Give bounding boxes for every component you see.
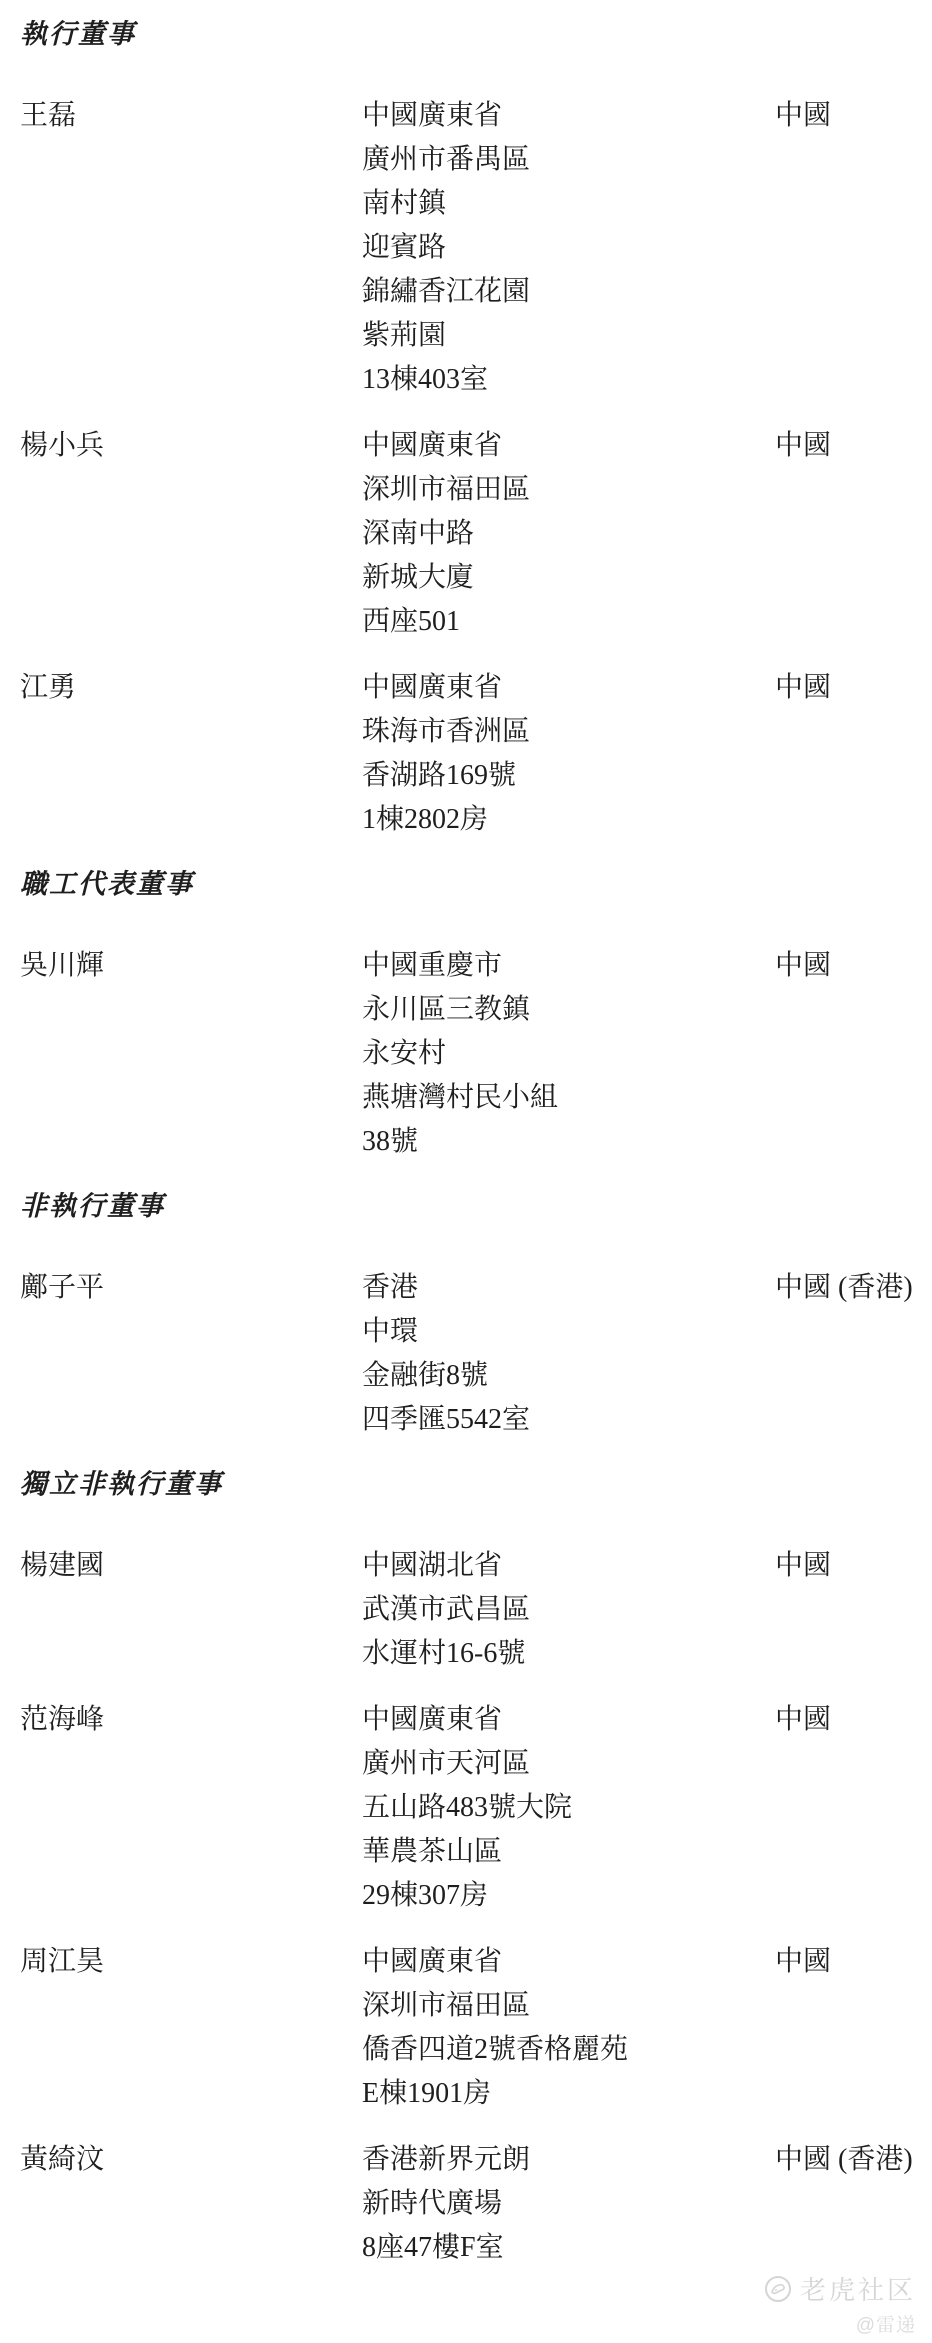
director-name: 吳川輝 [20, 944, 362, 988]
address-line: 珠海市香洲區 [362, 710, 775, 754]
director-address: 中國重慶市 永川區三教鎮 永安村 燕塘灣村民小組 38號 [362, 944, 775, 1164]
address-line: 廣州市番禺區 [362, 138, 775, 182]
section-executive-directors: 執行董事 王磊 中國廣東省 廣州市番禺區 南村鎮 迎賓路 錦繡香江花園 紫荊園 … [20, 14, 932, 842]
watermark-brand: 老虎社区 [800, 2270, 916, 2307]
address-line: 燕塘灣村民小組 [362, 1076, 775, 1120]
director-nationality: 中國 [775, 1544, 932, 1588]
director-address: 中國廣東省 廣州市番禺區 南村鎮 迎賓路 錦繡香江花園 紫荊園 13棟403室 [362, 94, 775, 402]
address-line: 永川區三教鎮 [362, 988, 775, 1032]
address-line: 香湖路169號 [362, 754, 775, 798]
director-name: 范海峰 [20, 1698, 362, 1742]
director-name: 楊建國 [20, 1544, 362, 1588]
address-line: 中國廣東省 [362, 1698, 775, 1742]
address-line: 中國湖北省 [362, 1544, 775, 1588]
tiger-logo-icon [764, 2275, 792, 2303]
director-name: 周江昊 [20, 1940, 362, 1984]
director-row: 黃綺汶 香港新界元朗 新時代廣場 8座47樓F室 中國 (香港) [20, 2138, 932, 2270]
address-line: 深圳市福田區 [362, 468, 775, 512]
address-line: 五山路483號大院 [362, 1786, 775, 1830]
director-row: 王磊 中國廣東省 廣州市番禺區 南村鎮 迎賓路 錦繡香江花園 紫荊園 13棟40… [20, 94, 932, 402]
director-name: 黃綺汶 [20, 2138, 362, 2182]
director-row: 楊小兵 中國廣東省 深圳市福田區 深南中路 新城大廈 西座501 中國 [20, 424, 932, 644]
director-address: 中國廣東省 深圳市福田區 深南中路 新城大廈 西座501 [362, 424, 775, 644]
section-employee-representative-director: 職工代表董事 吳川輝 中國重慶市 永川區三教鎮 永安村 燕塘灣村民小組 38號 … [20, 864, 932, 1164]
address-line: 中環 [362, 1310, 775, 1354]
address-line: 深南中路 [362, 512, 775, 556]
director-nationality: 中國 (香港) [775, 1266, 932, 1310]
directors-document: 執行董事 王磊 中國廣東省 廣州市番禺區 南村鎮 迎賓路 錦繡香江花園 紫荊園 … [0, 0, 932, 2270]
address-line: 廣州市天河區 [362, 1742, 775, 1786]
director-name: 王磊 [20, 94, 362, 138]
address-line: 水運村16-6號 [362, 1632, 775, 1676]
director-row: 鄺子平 香港 中環 金融街8號 四季匯5542室 中國 (香港) [20, 1266, 932, 1442]
director-nationality: 中國 [775, 424, 932, 468]
director-name: 鄺子平 [20, 1266, 362, 1310]
address-line: 紫荊園 [362, 314, 775, 358]
director-row: 楊建國 中國湖北省 武漢市武昌區 水運村16-6號 中國 [20, 1544, 932, 1676]
director-nationality: 中國 (香港) [775, 2138, 932, 2182]
section-non-executive-directors: 非執行董事 鄺子平 香港 中環 金融街8號 四季匯5542室 中國 (香港) [20, 1186, 932, 1442]
section-heading: 非執行董事 [20, 1186, 932, 1226]
director-nationality: 中國 [775, 94, 932, 138]
director-address: 中國廣東省 廣州市天河區 五山路483號大院 華農茶山區 29棟307房 [362, 1698, 775, 1918]
director-name: 江勇 [20, 666, 362, 710]
address-line: 迎賓路 [362, 226, 775, 270]
director-row: 周江昊 中國廣東省 深圳市福田區 僑香四道2號香格麗苑 E棟1901房 中國 [20, 1940, 932, 2116]
watermark: 老虎社区 @雷递 [764, 2270, 916, 2337]
director-row: 范海峰 中國廣東省 廣州市天河區 五山路483號大院 華農茶山區 29棟307房… [20, 1698, 932, 1918]
director-address: 香港新界元朗 新時代廣場 8座47樓F室 [362, 2138, 775, 2270]
address-line: 香港 [362, 1266, 775, 1310]
director-nationality: 中國 [775, 944, 932, 988]
address-line: 金融街8號 [362, 1354, 775, 1398]
address-line: 38號 [362, 1120, 775, 1164]
address-line: 29棟307房 [362, 1874, 775, 1918]
director-nationality: 中國 [775, 1698, 932, 1742]
address-line: 新城大廈 [362, 556, 775, 600]
address-line: 錦繡香江花園 [362, 270, 775, 314]
director-name: 楊小兵 [20, 424, 362, 468]
director-nationality: 中國 [775, 666, 932, 710]
address-line: 中國重慶市 [362, 944, 775, 988]
director-address: 香港 中環 金融街8號 四季匯5542室 [362, 1266, 775, 1442]
address-line: 8座47樓F室 [362, 2226, 775, 2270]
section-independent-non-executive-directors: 獨立非執行董事 楊建國 中國湖北省 武漢市武昌區 水運村16-6號 中國 范海峰… [20, 1464, 932, 2270]
address-line: 中國廣東省 [362, 94, 775, 138]
address-line: 新時代廣場 [362, 2182, 775, 2226]
section-heading: 職工代表董事 [20, 864, 932, 904]
director-address: 中國廣東省 珠海市香洲區 香湖路169號 1棟2802房 [362, 666, 775, 842]
address-line: 南村鎮 [362, 182, 775, 226]
address-line: 13棟403室 [362, 358, 775, 402]
address-line: 武漢市武昌區 [362, 1588, 775, 1632]
director-address: 中國湖北省 武漢市武昌區 水運村16-6號 [362, 1544, 775, 1676]
address-line: 中國廣東省 [362, 666, 775, 710]
director-row: 江勇 中國廣東省 珠海市香洲區 香湖路169號 1棟2802房 中國 [20, 666, 932, 842]
address-line: 中國廣東省 [362, 1940, 775, 1984]
address-line: 四季匯5542室 [362, 1398, 775, 1442]
director-address: 中國廣東省 深圳市福田區 僑香四道2號香格麗苑 E棟1901房 [362, 1940, 775, 2116]
address-line: 香港新界元朗 [362, 2138, 775, 2182]
address-line: E棟1901房 [362, 2072, 775, 2116]
director-row: 吳川輝 中國重慶市 永川區三教鎮 永安村 燕塘灣村民小組 38號 中國 [20, 944, 932, 1164]
address-line: 西座501 [362, 600, 775, 644]
address-line: 1棟2802房 [362, 798, 775, 842]
watermark-author: @雷递 [764, 2310, 916, 2337]
address-line: 深圳市福田區 [362, 1984, 775, 2028]
section-heading: 獨立非執行董事 [20, 1464, 932, 1504]
director-nationality: 中國 [775, 1940, 932, 1984]
address-line: 僑香四道2號香格麗苑 [362, 2028, 775, 2072]
address-line: 華農茶山區 [362, 1830, 775, 1874]
address-line: 永安村 [362, 1032, 775, 1076]
address-line: 中國廣東省 [362, 424, 775, 468]
section-heading: 執行董事 [20, 14, 932, 54]
